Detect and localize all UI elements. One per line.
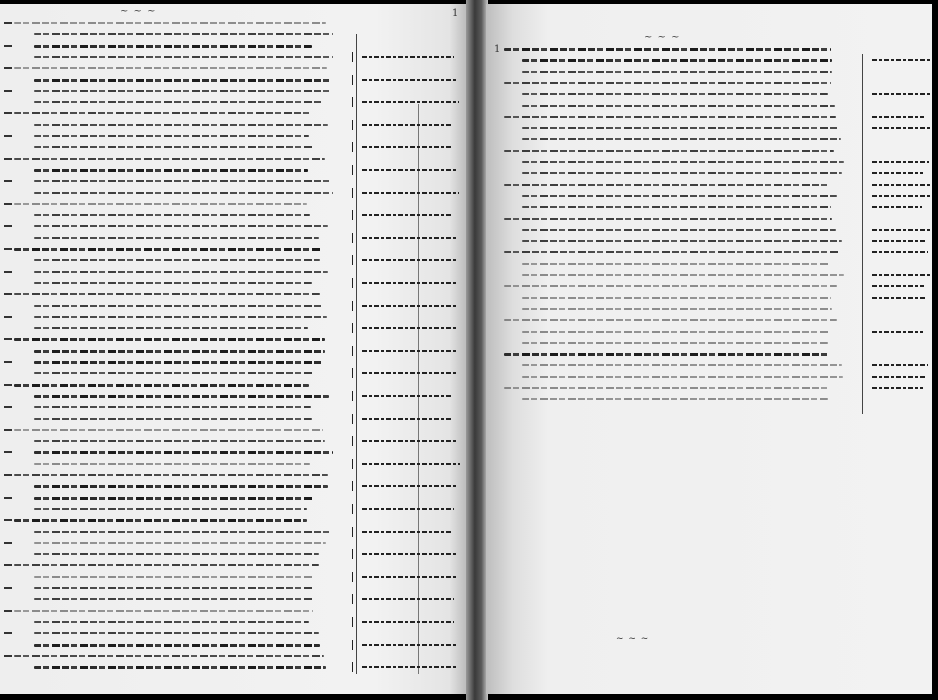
- amount-entry: [872, 240, 927, 242]
- handwritten-line: [34, 553, 319, 555]
- handwritten-line: [34, 135, 309, 137]
- handwritten-line: [522, 105, 835, 107]
- entry-tick: [352, 323, 353, 333]
- handwritten-line: [34, 124, 328, 126]
- handwritten-line: [34, 485, 328, 488]
- right-column-rule: [862, 54, 863, 414]
- left-page-heading: ~ ~ ~: [120, 6, 157, 17]
- margin-mark: [4, 610, 12, 612]
- handwritten-line: [14, 248, 322, 251]
- handwritten-line: [34, 361, 323, 364]
- amount-entry: [872, 161, 929, 163]
- amount-entry: [872, 229, 930, 231]
- margin-mark: [4, 293, 12, 295]
- amount-entry: [362, 305, 456, 307]
- handwritten-line: [34, 305, 322, 307]
- amount-entry: [362, 644, 456, 646]
- handwritten-line: [34, 237, 319, 239]
- handwritten-line: [14, 519, 307, 522]
- handwritten-line: [34, 79, 330, 82]
- handwritten-line: [522, 172, 842, 174]
- amount-entry: [362, 56, 454, 58]
- handwritten-line: [34, 632, 319, 634]
- amount-entry: [362, 621, 454, 623]
- handwritten-line: [14, 203, 307, 205]
- margin-mark: [4, 203, 12, 205]
- margin-mark: [4, 338, 12, 340]
- margin-mark: [4, 90, 12, 92]
- entry-tick: [352, 255, 353, 265]
- signature: ~ ~ ~: [616, 634, 649, 644]
- entry-tick: [352, 346, 353, 356]
- handwritten-line: [34, 395, 329, 398]
- amount-entry: [362, 418, 453, 420]
- entry-tick: [352, 142, 353, 152]
- handwritten-line: [34, 406, 311, 408]
- entry-tick: [352, 594, 353, 604]
- margin-mark: [4, 451, 12, 453]
- handwritten-line: [504, 251, 840, 253]
- entry-tick: [352, 481, 353, 491]
- margin-mark: [4, 542, 12, 544]
- amount-entry: [362, 553, 458, 555]
- amount-entry: [362, 101, 459, 103]
- amount-entry: [362, 192, 459, 194]
- handwritten-line: [504, 218, 832, 220]
- amount-entry: [362, 395, 453, 397]
- entry-tick: [352, 120, 353, 130]
- handwritten-line: [34, 214, 310, 216]
- amount-entry: [872, 251, 928, 253]
- margin-mark: [4, 225, 12, 227]
- margin-mark: [4, 67, 12, 69]
- margin-mark: [4, 406, 12, 408]
- margin-mark: [4, 271, 12, 273]
- handwritten-line: [522, 308, 832, 310]
- amount-entry: [362, 440, 457, 442]
- amount-entry: [872, 274, 930, 276]
- handwritten-line: [34, 372, 313, 374]
- amount-entry: [362, 463, 460, 465]
- left-amount-rule: [418, 104, 419, 674]
- handwritten-line: [522, 331, 830, 333]
- margin-mark: [4, 135, 12, 137]
- margin-mark: [4, 248, 12, 250]
- handwritten-line: [14, 429, 323, 431]
- handwritten-line: [504, 387, 828, 389]
- amount-entry: [872, 184, 931, 186]
- handwritten-line: [14, 610, 313, 612]
- right-page-folio-number: 1: [494, 44, 500, 55]
- handwritten-line: [34, 644, 320, 647]
- margin-mark: [4, 632, 12, 634]
- handwritten-line: [522, 138, 841, 140]
- handwritten-line: [34, 180, 331, 182]
- amount-entry: [362, 124, 453, 126]
- margin-mark: [4, 45, 12, 47]
- handwritten-line: [14, 474, 328, 476]
- left-page: ~ ~ ~ 1: [0, 4, 468, 694]
- amount-entry: [362, 146, 453, 148]
- amount-entry: [872, 297, 927, 299]
- handwritten-line: [34, 192, 333, 194]
- handwritten-line: [34, 508, 307, 510]
- handwritten-line: [522, 127, 839, 129]
- handwritten-line: [504, 82, 831, 84]
- handwritten-line: [14, 655, 324, 657]
- amount-entry: [872, 93, 931, 95]
- handwritten-line: [522, 93, 828, 95]
- amount-entry: [362, 79, 458, 81]
- handwritten-line: [522, 263, 829, 265]
- amount-entry: [362, 350, 457, 352]
- amount-entry: [362, 214, 452, 216]
- handwritten-line: [14, 22, 326, 24]
- handwritten-line: [504, 285, 837, 287]
- handwritten-line: [34, 463, 310, 465]
- handwritten-line: [522, 195, 837, 197]
- amount-entry: [872, 376, 925, 378]
- handwritten-line: [34, 101, 322, 103]
- entry-tick: [352, 75, 353, 85]
- entry-tick: [352, 572, 353, 582]
- margin-mark: [4, 112, 12, 114]
- amount-entry: [872, 127, 930, 129]
- amount-entry: [362, 237, 458, 239]
- entry-tick: [352, 436, 353, 446]
- entry-tick: [352, 549, 353, 559]
- handwritten-line: [34, 576, 313, 578]
- entry-tick: [352, 301, 353, 311]
- handwritten-line: [34, 587, 314, 589]
- handwritten-line: [522, 274, 844, 276]
- handwritten-line: [504, 116, 836, 118]
- amount-entry: [362, 576, 456, 578]
- handwritten-line: [504, 184, 830, 186]
- handwritten-line: [504, 48, 831, 51]
- amount-entry: [872, 195, 932, 197]
- handwritten-line: [34, 418, 312, 420]
- handwritten-line: [34, 531, 331, 533]
- entry-tick: [352, 52, 353, 62]
- entry-tick: [352, 278, 353, 288]
- amount-entry: [872, 364, 928, 366]
- handwritten-line: [34, 497, 313, 500]
- handwritten-line: [34, 542, 326, 544]
- margin-mark: [4, 361, 12, 363]
- entry-tick: [352, 368, 353, 378]
- handwritten-line: [14, 384, 309, 387]
- amount-entry: [872, 206, 922, 208]
- margin-mark: [4, 429, 12, 431]
- entry-tick: [352, 527, 353, 537]
- amount-entry: [872, 331, 923, 333]
- margin-mark: [4, 316, 12, 318]
- handwritten-line: [522, 59, 832, 62]
- handwritten-line: [522, 297, 831, 299]
- handwritten-line: [34, 45, 312, 48]
- handwritten-line: [34, 259, 320, 261]
- margin-mark: [4, 474, 12, 476]
- handwritten-line: [522, 161, 844, 163]
- handwritten-line: [34, 621, 309, 623]
- handwritten-line: [14, 158, 325, 160]
- handwritten-line: [522, 229, 836, 231]
- handwritten-line: [504, 150, 834, 152]
- margin-mark: [4, 22, 12, 24]
- entry-tick: [352, 504, 353, 514]
- amount-entry: [872, 285, 924, 287]
- handwritten-line: [14, 338, 325, 341]
- handwritten-line: [34, 316, 327, 318]
- handwritten-line: [34, 33, 333, 35]
- entry-tick: [352, 617, 353, 627]
- handwritten-line: [522, 240, 842, 242]
- handwritten-line: [522, 206, 831, 208]
- entry-tick: [352, 391, 353, 401]
- entry-tick: [352, 662, 353, 672]
- amount-entry: [362, 485, 458, 487]
- handwritten-line: [34, 169, 308, 172]
- handwritten-line: [14, 112, 311, 114]
- amount-entry: [362, 169, 457, 171]
- handwritten-line: [14, 67, 327, 69]
- handwritten-line: [34, 146, 314, 148]
- handwritten-line: [522, 376, 843, 378]
- entry-tick: [352, 210, 353, 220]
- margin-mark: [4, 384, 12, 386]
- amount-entry: [362, 372, 457, 374]
- margin-mark: [4, 180, 12, 182]
- handwritten-line: [34, 90, 330, 92]
- margin-mark: [4, 564, 12, 566]
- handwritten-line: [34, 350, 325, 353]
- margin-mark: [4, 519, 12, 521]
- margin-mark: [4, 655, 12, 657]
- handwritten-line: [34, 440, 325, 442]
- amount-entry: [362, 282, 458, 284]
- handwritten-line: [504, 319, 837, 321]
- handwritten-line: [504, 353, 830, 356]
- handwritten-line: [14, 564, 319, 566]
- amount-entry: [362, 666, 457, 668]
- entry-tick: [352, 97, 353, 107]
- handwritten-line: [522, 71, 832, 73]
- handwritten-line: [34, 666, 326, 669]
- handwritten-line: [522, 364, 842, 366]
- handwritten-line: [522, 342, 828, 344]
- amount-entry: [362, 598, 454, 600]
- entry-tick: [352, 640, 353, 650]
- handwritten-line: [34, 282, 312, 284]
- margin-mark: [4, 587, 12, 589]
- handwritten-line: [34, 271, 328, 273]
- margin-mark: [4, 158, 12, 160]
- handwritten-line: [34, 225, 328, 227]
- left-column-rule: [356, 34, 357, 674]
- amount-entry: [362, 327, 458, 329]
- amount-entry: [872, 387, 923, 389]
- entry-tick: [352, 188, 353, 198]
- handwritten-line: [34, 56, 333, 58]
- amount-entry: [872, 172, 923, 174]
- amount-entry: [362, 508, 454, 510]
- right-page: ~ ~ ~ 1 ~ ~ ~: [486, 4, 932, 694]
- handwritten-line: [34, 327, 308, 329]
- book-gutter: [466, 0, 488, 700]
- right-page-heading: ~ ~ ~: [644, 32, 681, 43]
- margin-mark: [4, 497, 12, 499]
- left-page-folio-number: 1: [452, 8, 458, 19]
- amount-entry: [362, 259, 456, 261]
- amount-entry: [872, 116, 924, 118]
- handwritten-line: [522, 398, 828, 400]
- amount-entry: [872, 59, 932, 61]
- entry-tick: [352, 233, 353, 243]
- entry-tick: [352, 414, 353, 424]
- entry-tick: [352, 165, 353, 175]
- handwritten-line: [14, 293, 320, 295]
- handwritten-line: [34, 598, 314, 600]
- entry-tick: [352, 459, 353, 469]
- amount-entry: [362, 531, 452, 533]
- handwritten-line: [34, 451, 333, 454]
